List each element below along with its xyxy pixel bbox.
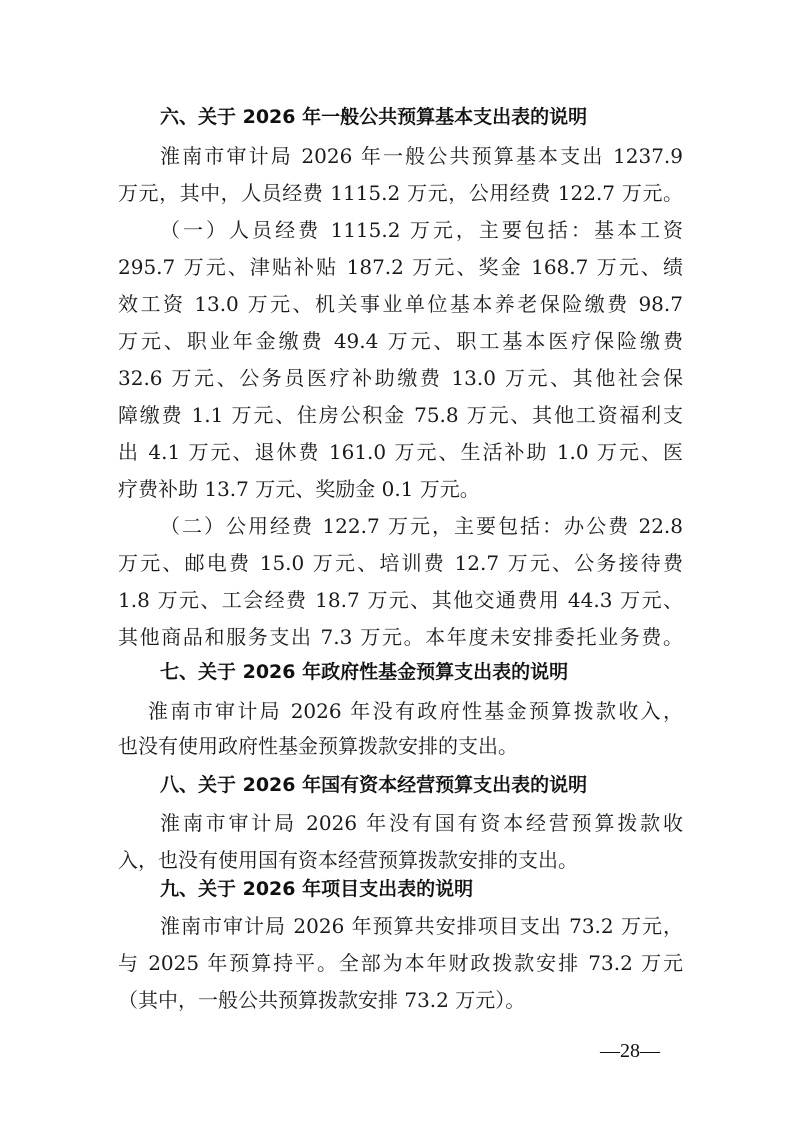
paragraph-line: （一）人员经费 1115.2 万元，主要包括：基本工资: [160, 215, 683, 245]
paragraph-line: 万元，其中，人员经费 1115.2 万元，公用经费 122.7 万元。: [118, 178, 683, 208]
section-heading-6: 六、关于 2026 年一般公共预算基本支出表的说明: [160, 102, 587, 132]
paragraph-line: 1.8 万元、工会经费 18.7 万元、其他交通费用 44.3 万元、: [118, 585, 683, 615]
document-page: 六、关于 2026 年一般公共预算基本支出表的说明 淮南市审计局 2026 年一…: [0, 0, 793, 1122]
paragraph-line: 淮南市审计局 2026 年没有国有资本经营预算拨款收: [160, 808, 683, 838]
section-heading-9: 九、关于 2026 年项目支出表的说明: [160, 874, 473, 904]
paragraph-line: 疗费补助 13.7 万元、奖励金 0.1 万元。: [118, 474, 683, 504]
paragraph-line: （其中，一般公共预算拨款安排 73.2 万元）。: [118, 985, 683, 1015]
paragraph-line: 淮南市审计局 2026 年一般公共预算基本支出 1237.9: [160, 141, 683, 171]
section-heading-7: 七、关于 2026 年政府性基金预算支出表的说明: [160, 657, 568, 687]
paragraph-line: 也没有使用政府性基金预算拨款安排的支出。: [118, 731, 683, 761]
paragraph-line: 32.6 万元、公务员医疗补助缴费 13.0 万元、其他社会保: [118, 363, 683, 393]
paragraph-line: 万元、职业年金缴费 49.4 万元、职工基本医疗保险缴费: [118, 326, 683, 356]
paragraph-line: 淮南市审计局 2026 年预算共安排项目支出 73.2 万元，: [160, 911, 683, 941]
paragraph-line: 障缴费 1.1 万元、住房公积金 75.8 万元、其他工资福利支: [118, 400, 683, 430]
paragraph-line: 入，也没有使用国有资本经营预算拨款安排的支出。: [118, 845, 683, 875]
paragraph-line: 效工资 13.0 万元、机关事业单位基本养老保险缴费 98.7: [118, 289, 683, 319]
paragraph-line: （二）公用经费 122.7 万元，主要包括：办公费 22.8: [160, 511, 683, 541]
page-number: —28—: [590, 1040, 670, 1063]
paragraph-line: 295.7 万元、津贴补贴 187.2 万元、奖金 168.7 万元、绩: [118, 252, 683, 282]
paragraph-line: 淮南市审计局 2026 年没有政府性基金预算拨款收入，: [148, 696, 683, 726]
paragraph-line: 其他商品和服务支出 7.3 万元。本年度未安排委托业务费。: [118, 622, 683, 652]
paragraph-line: 与 2025 年预算持平。全部为本年财政拨款安排 73.2 万元: [118, 948, 683, 978]
section-heading-8: 八、关于 2026 年国有资本经营预算支出表的说明: [160, 770, 587, 800]
paragraph-line: 万元、邮电费 15.0 万元、培训费 12.7 万元、公务接待费: [118, 548, 683, 578]
paragraph-line: 出 4.1 万元、退休费 161.0 万元、生活补助 1.0 万元、医: [118, 437, 683, 467]
